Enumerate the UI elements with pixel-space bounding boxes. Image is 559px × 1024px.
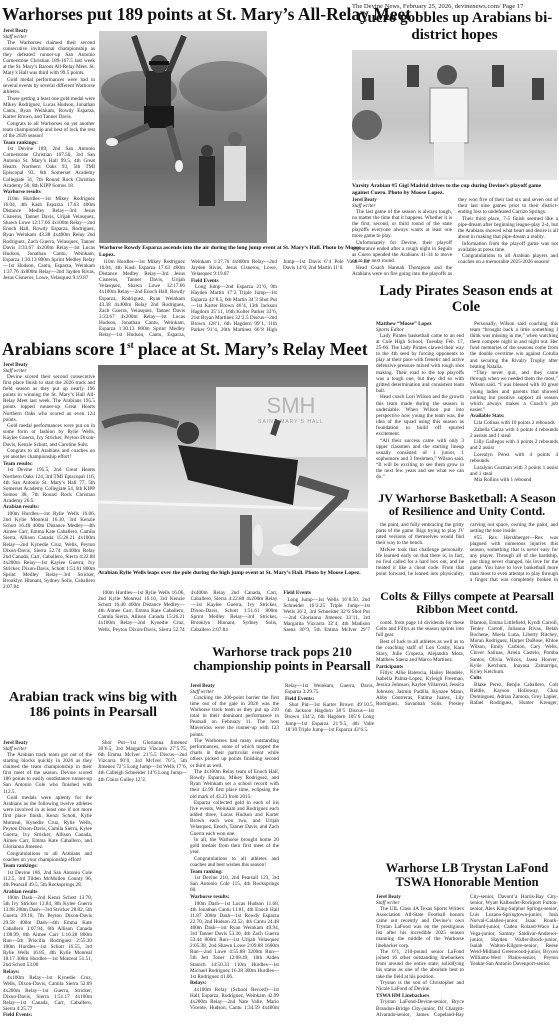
article-arabian-track-186: Jerel BeatyStaff writer The Arabian trac… <box>3 740 187 1020</box>
caption-high-jump: Arabian Rylie Wells leaps over the pole … <box>98 570 370 577</box>
article-jv-basketball: the paint, and fully embracing the gritt… <box>376 522 558 588</box>
photo-high-jump: SMH SAINT MARY’S HALL <box>98 365 368 568</box>
article-lady-pirates: Matthew “Moose” LopezSports Editor Lady … <box>376 321 558 486</box>
headline-arabians-1st: Arabians score 1st place at St. Mary’s R… <box>2 340 372 359</box>
article-cuero: Jerel BeatyStaff writer The last game of… <box>352 197 558 281</box>
high-jumper-figure-icon <box>98 365 368 568</box>
headline-cuero: Cuero gobbles up Arabians bi-district ho… <box>350 10 559 43</box>
byline: Jerel BeatyStaff writer <box>3 28 95 40</box>
byline: Matthew “Moose” LopezSports Editor <box>376 321 464 333</box>
headline-lafond: Warhorse LB Trystan LaFond TSWA Honorabl… <box>376 862 558 890</box>
article-arabians-1st-col1: Jerel BeatyStaff writer Devine scored th… <box>3 362 95 684</box>
byline: Jerel BeatyStaff writer <box>3 740 92 752</box>
article-warhorse-track-210: Jerel BeatyStaff writer Cracking the 200… <box>190 683 374 1020</box>
article-lafond: Jerel BeatyStaff writer The UIL Class 4A… <box>376 894 558 1020</box>
long-jumper-figure-icon <box>99 31 267 243</box>
byline: Jerel BeatyStaff writer <box>352 197 452 209</box>
article-warhorses-189-cont: 110m Hurdles—1st Mikey Rodriguez 16.04, … <box>99 259 369 343</box>
headline-colts-fillys: Colts & Fillys compete at Pearsall Ribbo… <box>376 590 558 616</box>
byline: Jerel BeatyStaff writer <box>376 894 464 906</box>
byline: Jerel BeatyStaff writer <box>3 362 95 374</box>
article-arabians-1st-cont: 100m Hurdles—1st Rylie Wells 16.06, 2nd … <box>98 590 370 638</box>
headline-lady-pirates: Lady Pirates Season ends at Cole <box>376 284 556 316</box>
caption-basketball: Varsity Arabian #5 Gigi Madrid drives to… <box>352 183 558 196</box>
byline: Jerel BeatyStaff writer <box>190 683 279 695</box>
article-colts-fillys: contd. from page 14 dividends for these … <box>376 620 558 712</box>
photo-basketball <box>352 50 557 180</box>
headline-warhorse-track-210: Warhorse track pops 210 championship poi… <box>188 645 376 674</box>
photo-long-jump <box>99 31 267 243</box>
headline-warhorses-189: Warhorses put 189 points at St. Mary’s A… <box>2 5 347 24</box>
headline-jv-basketball: JV Warhorse Basketball: A Season of Resi… <box>376 492 558 518</box>
caption-long-jump: Warhorse Rowdy Esparza ascends into the … <box>99 245 369 258</box>
basketball-player-figure-icon <box>352 50 557 180</box>
article-warhorses-189-col1: Jerel BeatyStaff writer The Warhorses cl… <box>3 28 95 343</box>
headline-arabian-track-186: Arabian track wins big with 186 points i… <box>2 690 184 721</box>
